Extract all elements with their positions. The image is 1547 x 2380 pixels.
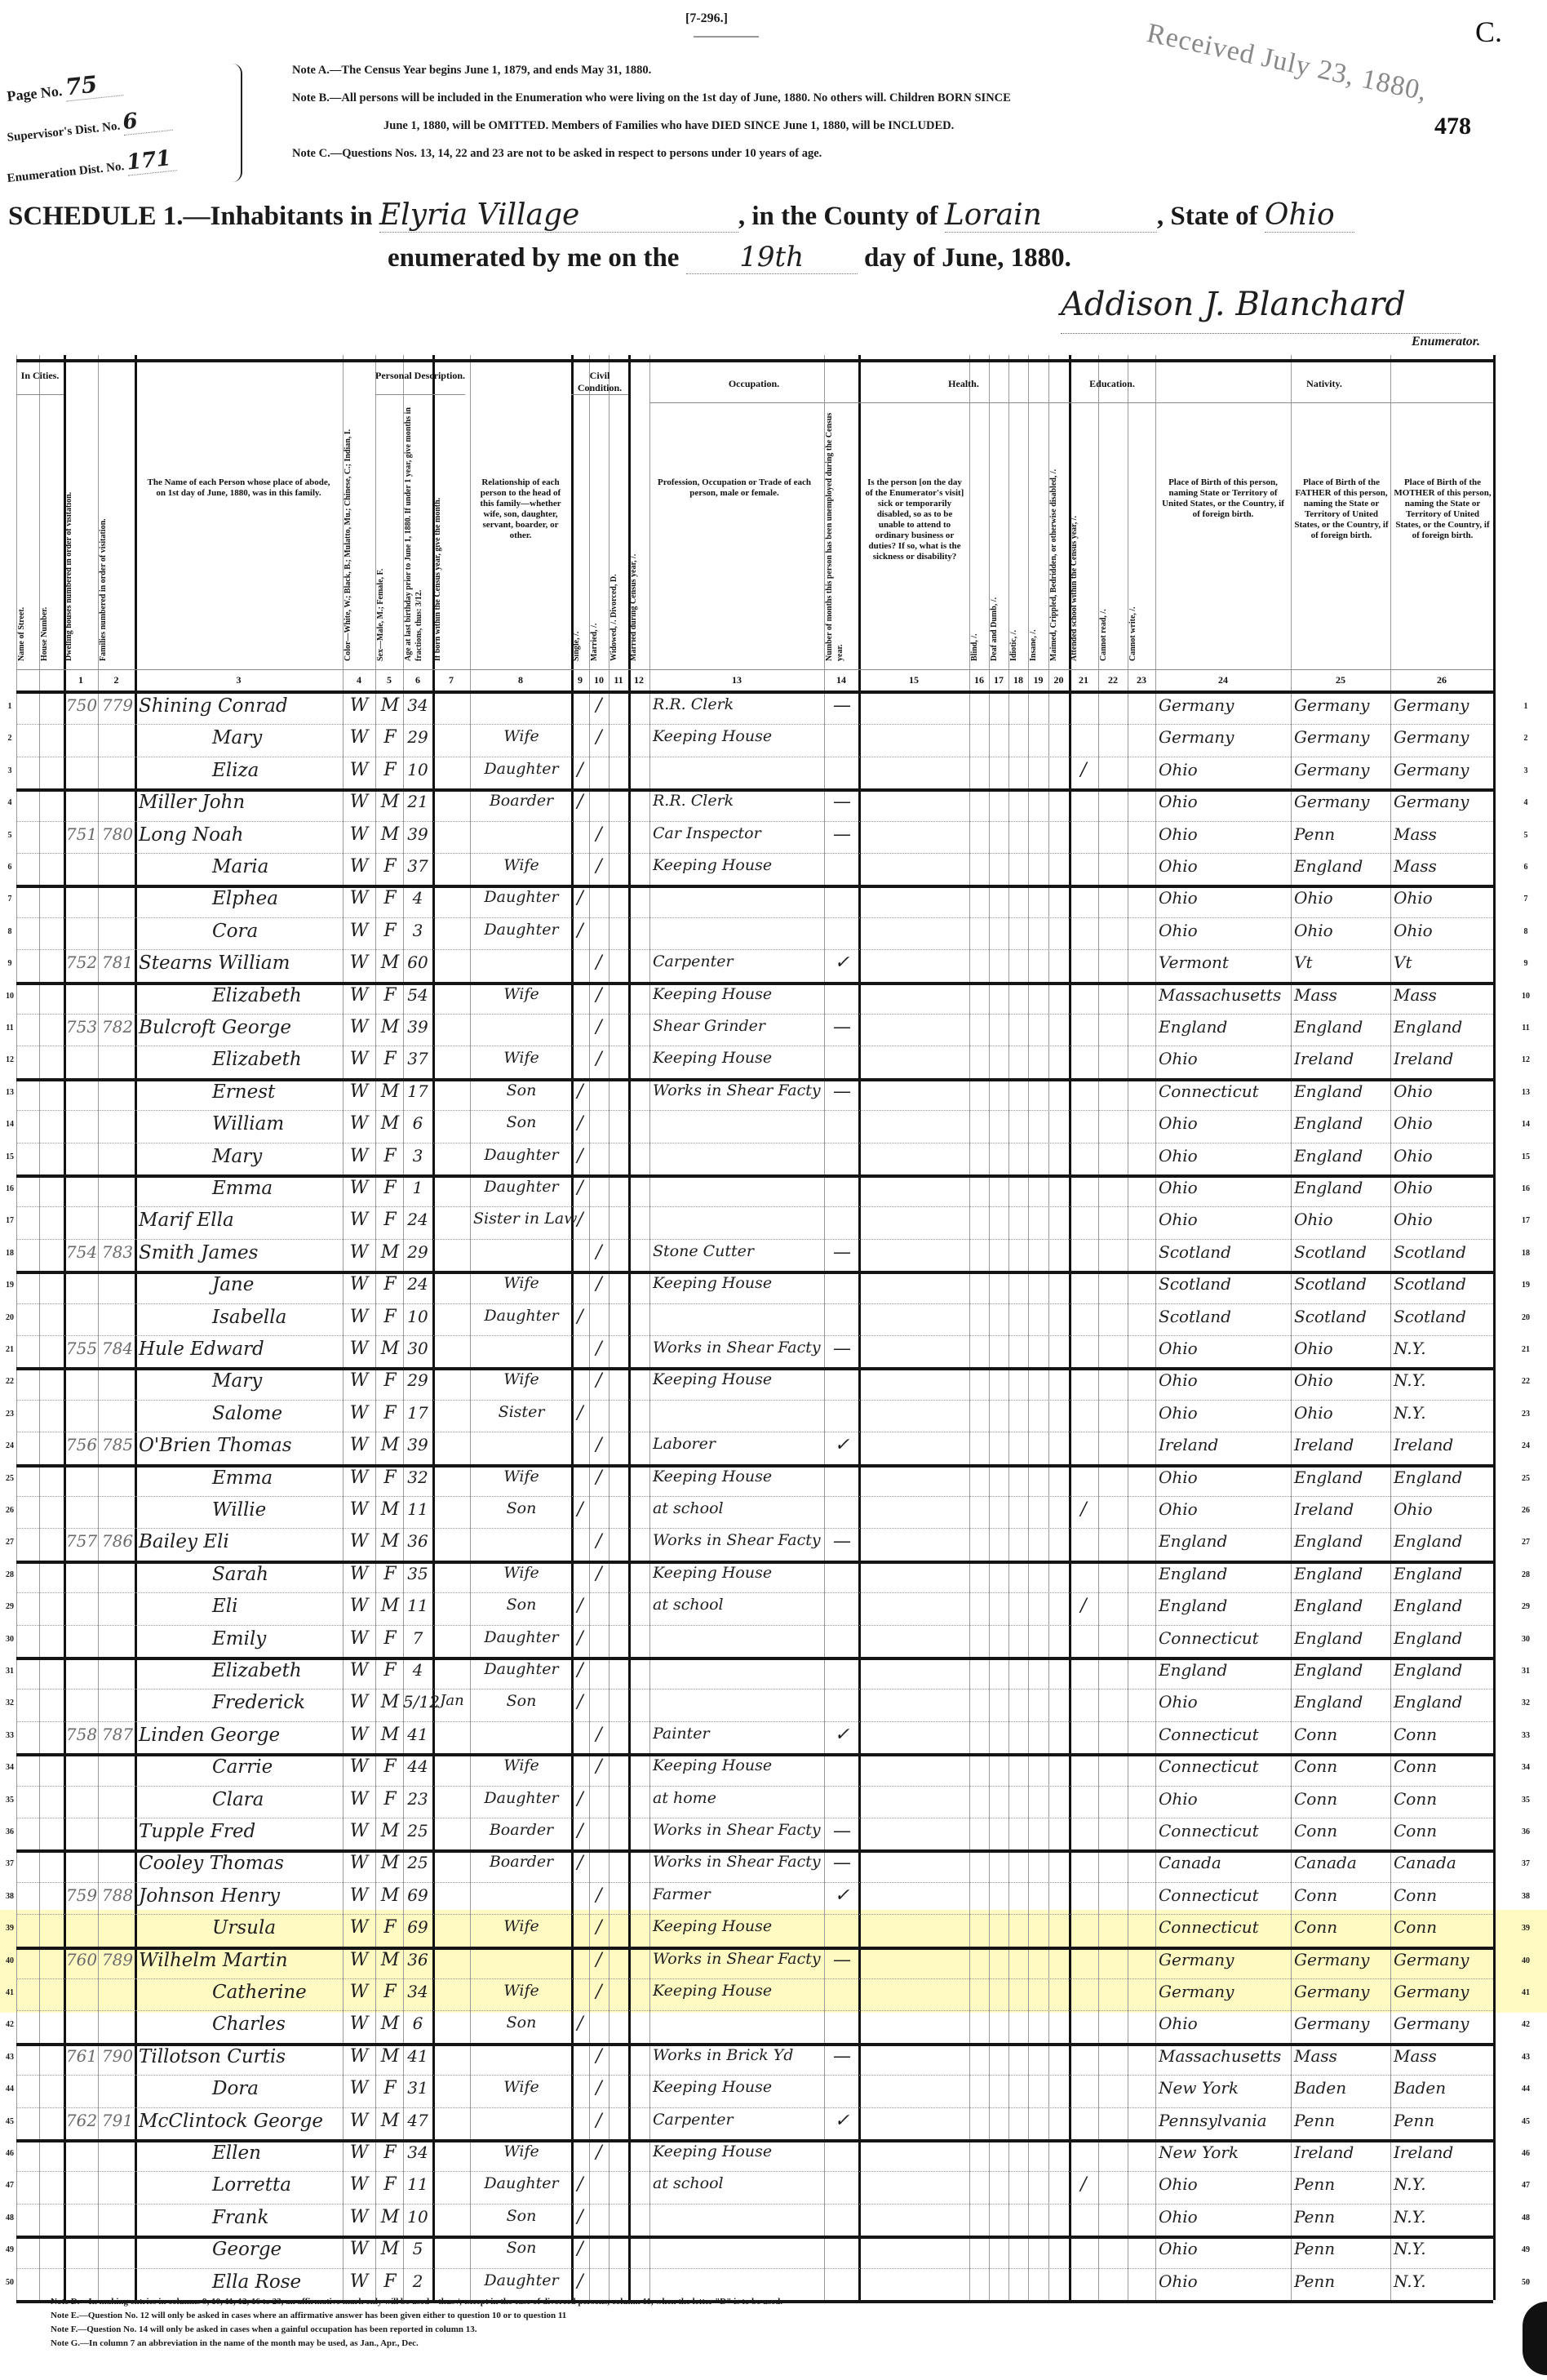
enumerated-suffix: day of June, 1880. (864, 243, 1071, 273)
divider (694, 36, 759, 38)
cell-color: W (344, 1339, 374, 1359)
cell-sex: M (377, 695, 403, 716)
cell-color: W (344, 1307, 374, 1327)
cell-birth: Ohio (1159, 760, 1289, 779)
cell-age: 11 (403, 1499, 432, 1519)
cell-single: / (571, 1146, 589, 1166)
column-divider (1155, 355, 1156, 2300)
cell-color: W (344, 1210, 374, 1230)
cell-dw: 754 (65, 1242, 98, 1262)
column-header-c7: If born within the Census year, give the… (432, 404, 470, 661)
note-g: Note G.—In column 7 an abbreviation in t… (51, 2337, 782, 2351)
cell-mother: Ohio (1394, 1178, 1492, 1197)
column-number: 4 (343, 674, 375, 686)
form-number: [7-296.] (685, 11, 728, 26)
group-rule (649, 402, 858, 403)
group-head-health: Health. (858, 378, 1069, 390)
cell-name: Ernest (212, 1081, 341, 1103)
cell-married: / (589, 1885, 609, 1906)
enumeration-date-line: enumerated by me on the 19th day of June… (388, 241, 1071, 274)
cell-age: 41 (403, 1725, 432, 1744)
cell-mother: England (1394, 1564, 1492, 1583)
row-rule (16, 1882, 1493, 1883)
cell-birth: Ohio (1159, 1113, 1289, 1133)
cell-mother: Ohio (1394, 1146, 1492, 1166)
cell-color: W (344, 1403, 374, 1423)
cell-color: W (344, 1885, 374, 1906)
brace (233, 64, 242, 182)
cell-name: Maria (212, 856, 341, 877)
cell-single: / (571, 921, 589, 941)
cell-single: / (571, 1821, 589, 1841)
cell-fam: 791 (100, 2111, 135, 2130)
cell-married: / (589, 1917, 609, 1938)
cell-father: Penn (1294, 2207, 1390, 2227)
cell-father: Conn (1294, 1917, 1390, 1937)
cell-birth: Ohio (1159, 1403, 1289, 1423)
cell-father: Mass (1294, 2046, 1390, 2066)
cell-sex: M (377, 1821, 403, 1841)
cell-sex: F (377, 2078, 403, 2098)
cell-married: / (589, 2111, 609, 2131)
cell-mother: Vt (1394, 952, 1492, 972)
group-head-education: Education. (1069, 378, 1155, 390)
cell-married: / (589, 727, 609, 748)
column-header-c10: Married, /. (589, 404, 609, 661)
column-number: 22 (1098, 674, 1128, 686)
column-header-c3: The Name of each Person whose place of a… (143, 477, 335, 499)
cell-mother: Germany (1394, 760, 1492, 779)
cell-color: W (344, 1950, 374, 1970)
cell-occ: Shear Grinder (653, 1017, 822, 1035)
cell-married: / (589, 1468, 609, 1488)
cell-mother: Canada (1394, 1853, 1492, 1872)
cell-single: / (571, 2014, 589, 2034)
column-header-c14: Number of months this person has been un… (824, 404, 858, 661)
cell-father: Penn (1294, 2271, 1390, 2291)
row-number-left: 4 (2, 798, 18, 807)
cell-color: W (344, 1692, 374, 1712)
cell-name: Elphea (212, 888, 341, 909)
cell-unemp: — (826, 1017, 858, 1037)
cell-single: / (571, 1113, 589, 1134)
cell-single: / (571, 1660, 589, 1681)
cell-mother: Germany (1394, 792, 1492, 811)
cell-mother: N.Y. (1394, 2207, 1492, 2227)
cell-father: Penn (1294, 2239, 1390, 2258)
cell-mother: Conn (1394, 1917, 1492, 1937)
cell-name: Long Noah (139, 824, 341, 846)
cell-rel: Daughter (473, 1660, 570, 1678)
cell-father: England (1294, 1531, 1390, 1551)
row-rule (16, 2075, 1493, 2076)
cell-mother: Mass (1394, 824, 1492, 844)
cell-occ: Keeping House (653, 1370, 822, 1388)
cell-sex: M (377, 1853, 403, 1873)
cell-unemp: — (826, 1950, 858, 1970)
row-number-left: 13 (2, 1088, 18, 1097)
cell-name: Tupple Fred (139, 1821, 341, 1842)
row-number-right: 2 (1518, 734, 1534, 743)
cell-father: England (1294, 1468, 1390, 1487)
column-number: 24 (1155, 674, 1291, 686)
row-rule (16, 1303, 1493, 1304)
row-number-left: 41 (2, 1988, 18, 1997)
census-table: In Cities.Personal Description.Civil Con… (0, 355, 1547, 2289)
cell-father: England (1294, 1081, 1390, 1101)
row-number-left: 21 (2, 1345, 18, 1354)
cell-color: W (344, 1628, 374, 1649)
group-rule (1155, 402, 1493, 403)
cell-occ: Stone Cutter (653, 1242, 822, 1260)
cell-age: 25 (403, 1853, 432, 1872)
cell-rel: Wife (473, 2078, 570, 2096)
row-number-left: 48 (2, 2213, 18, 2222)
row-number-right: 20 (1518, 1313, 1534, 1322)
cell-sex: M (377, 1435, 403, 1455)
cell-birth: Connecticut (1159, 1885, 1289, 1905)
row-rule (16, 2268, 1493, 2269)
cell-father: England (1294, 1564, 1390, 1583)
row-number-left: 5 (2, 831, 18, 840)
cell-birth: Vermont (1159, 952, 1289, 972)
cell-father: Germany (1294, 695, 1390, 715)
column-header-c21: Attended school within the Census year, … (1069, 404, 1098, 661)
cell-mother: England (1394, 1692, 1492, 1712)
signature-line (1061, 333, 1461, 334)
row-number-left: 31 (2, 1667, 18, 1676)
cell-occ: Painter (653, 1725, 822, 1743)
row-number-left: 15 (2, 1152, 18, 1161)
cell-birth: Ohio (1159, 1049, 1289, 1068)
cell-occ: Keeping House (653, 1982, 822, 2000)
county-label: , in the County of (738, 202, 938, 231)
cell-birth: England (1159, 1531, 1289, 1551)
cell-birth: Ohio (1159, 1692, 1289, 1712)
column-number: 3 (135, 674, 343, 686)
row-number-right: 9 (1518, 959, 1534, 968)
column-header-c19: Insane, /. (1028, 404, 1048, 661)
row-rule (16, 2010, 1493, 2011)
cell-occ: Keeping House (653, 985, 822, 1003)
cell-occ: at school (653, 1499, 822, 1517)
cell-rel: Wife (473, 985, 570, 1003)
column-header-c9: Single, /. (571, 404, 589, 661)
cell-sex: M (377, 1531, 403, 1552)
cell-rel: Daughter (473, 921, 570, 939)
cell-age: 17 (403, 1403, 432, 1423)
cell-sex: F (377, 727, 403, 748)
cell-name: Elizabeth (212, 1660, 341, 1681)
cell-sex: M (377, 824, 403, 845)
corner-letter: C. (1475, 15, 1502, 49)
cell-age: 3 (403, 1146, 432, 1166)
cell-rel: Son (473, 1081, 570, 1099)
cell-dw: 759 (65, 1885, 98, 1905)
column-number: 5 (375, 674, 403, 686)
cell-dw: 751 (65, 824, 98, 844)
column-number: 14 (824, 674, 858, 686)
cell-father: Ireland (1294, 1049, 1390, 1068)
cell-age: 41 (403, 2046, 432, 2066)
cell-age: 11 (403, 1596, 432, 1615)
cell-married: / (589, 1017, 609, 1037)
row-number-left: 12 (2, 1055, 18, 1064)
column-number: 20 (1048, 674, 1069, 686)
cell-unemp: — (826, 824, 858, 845)
cell-age: 37 (403, 856, 432, 876)
cell-father: Germany (1294, 1950, 1390, 1969)
cell-color: W (344, 792, 374, 812)
cell-birth: Germany (1159, 1950, 1289, 1969)
cell-rel: Wife (473, 2142, 570, 2160)
cell-age: 2 (403, 2271, 432, 2291)
cell-father: Ohio (1294, 1370, 1390, 1390)
cell-birth: Ohio (1159, 824, 1289, 844)
cell-age: 21 (403, 792, 432, 811)
cell-rel: Daughter (473, 1789, 570, 1807)
cell-mother: Conn (1394, 1821, 1492, 1841)
column-number: 10 (589, 674, 609, 686)
cell-name: Jane (212, 1274, 341, 1295)
cell-rel: Wife (473, 1370, 570, 1388)
row-rule (16, 1206, 1493, 1207)
cell-father: England (1294, 1596, 1390, 1615)
cell-name: Hule Edward (139, 1339, 341, 1360)
cell-color: W (344, 1499, 374, 1520)
row-rule (16, 724, 1493, 725)
column-divider (649, 355, 650, 2300)
cell-name: Johnson Henry (139, 1885, 341, 1907)
cell-rel: Sister (473, 1403, 570, 1421)
column-header-c23: Cannot write, /. (1128, 404, 1155, 661)
cell-sex: F (377, 1756, 403, 1777)
cell-mother: Germany (1394, 1982, 1492, 2001)
row-number-right: 43 (1518, 2053, 1534, 2062)
column-header-c25: Place of Birth of the FATHER of this per… (1294, 477, 1389, 541)
cell-birth: Ohio (1159, 921, 1289, 940)
row-number-right: 41 (1518, 1988, 1534, 1997)
cell-married: / (589, 2078, 609, 2098)
row-rule (16, 1432, 1493, 1432)
cell-occ: at school (653, 1596, 822, 1614)
cell-birth: New York (1159, 2142, 1289, 2162)
cell-father: England (1294, 1113, 1390, 1133)
cell-sex: M (377, 1113, 403, 1134)
cell-mother: England (1394, 1660, 1492, 1680)
column-header-c13: Profession, Occupation or Trade of each … (653, 477, 816, 499)
cell-birth: Canada (1159, 1853, 1289, 1872)
cell-rel: Daughter (473, 2271, 570, 2289)
cell-mother: Conn (1394, 1789, 1492, 1809)
cell-married: / (589, 1274, 609, 1294)
cell-age: 3 (403, 921, 432, 940)
row-number-left: 27 (2, 1538, 18, 1547)
cell-father: Scotland (1294, 1274, 1390, 1294)
cell-color: W (344, 1725, 374, 1745)
enumeration-dist-label: Enumeration Dist. No. (7, 160, 125, 185)
column-header-c18: Idiotic, /. (1008, 404, 1028, 661)
cell-name: Wilhelm Martin (139, 1950, 341, 1971)
cell-color: W (344, 2046, 374, 2067)
cell-birth: Ohio (1159, 1146, 1289, 1166)
cell-married: / (589, 2046, 609, 2067)
cell-birth: New York (1159, 2078, 1289, 2098)
cell-father: Conn (1294, 1821, 1390, 1841)
column-number: 9 (571, 674, 589, 686)
cell-occ: Keeping House (653, 2078, 822, 2096)
cell-mother: Germany (1394, 1950, 1492, 1969)
cell-name: Bailey Eli (139, 1531, 341, 1552)
cell-birth: Ireland (1159, 1435, 1289, 1454)
cell-age: 5/12 (403, 1692, 432, 1712)
cell-father: Ireland (1294, 1435, 1390, 1454)
cell-name: Willie (212, 1499, 341, 1521)
cell-birth: Scotland (1159, 1307, 1289, 1326)
cell-age: 30 (403, 1339, 432, 1358)
cell-father: Conn (1294, 1789, 1390, 1809)
row-number-left: 49 (2, 2245, 18, 2254)
cell-rel: Daughter (473, 2174, 570, 2192)
cell-age: 17 (403, 1081, 432, 1101)
cell-single: / (571, 1178, 589, 1198)
cell-birth: Ohio (1159, 856, 1289, 876)
cell-age: 60 (403, 952, 432, 972)
cell-sex: M (377, 792, 403, 812)
cell-father: Ireland (1294, 2142, 1390, 2162)
cell-mother: Mass (1394, 2046, 1492, 2066)
row-number-left: 43 (2, 2053, 18, 2062)
cell-occ: at school (653, 2174, 822, 2192)
column-divider (1390, 355, 1391, 2300)
cell-mother: England (1394, 1017, 1492, 1037)
cell-age: 39 (403, 1017, 432, 1037)
cell-birth: Ohio (1159, 2271, 1289, 2291)
cell-occ: Works in Shear Facty (653, 1339, 822, 1357)
row-number-right: 14 (1518, 1120, 1534, 1129)
cell-rel: Sister in Law (473, 1210, 570, 1228)
column-number: 6 (403, 674, 432, 686)
cell-name: Bulcroft George (139, 1017, 341, 1038)
cell-color: W (344, 1146, 374, 1166)
cell-unemp: — (826, 792, 858, 812)
cell-father: Scotland (1294, 1307, 1390, 1326)
cell-sex: F (377, 985, 403, 1006)
group-head-occupation: Occupation. (649, 378, 858, 390)
cell-dw: 762 (65, 2111, 98, 2130)
cell-age: 35 (403, 1564, 432, 1583)
cell-mother: N.Y. (1394, 2271, 1492, 2291)
cell-rel: Son (473, 2207, 570, 2225)
cell-sex: F (377, 760, 403, 780)
cell-rel: Wife (473, 856, 570, 874)
group-rule (571, 394, 628, 395)
row-number-right: 28 (1518, 1570, 1534, 1579)
cell-father: Germany (1294, 792, 1390, 811)
cell-rel: Wife (473, 1982, 570, 2000)
row-rule (16, 1496, 1493, 1497)
row-rule (16, 1818, 1493, 1818)
cell-mother: Conn (1394, 1725, 1492, 1744)
cell-sex: F (377, 1307, 403, 1327)
cell-birth: Massachusetts (1159, 985, 1289, 1005)
schedule-prefix: SCHEDULE 1.—Inhabitants in (8, 202, 373, 231)
column-number: 26 (1390, 674, 1493, 686)
cell-fam: 780 (100, 824, 135, 844)
cell-rel: Daughter (473, 760, 570, 778)
cell-name: Clara (212, 1789, 341, 1810)
cell-age: 10 (403, 2207, 432, 2227)
cell-color: W (344, 2142, 374, 2163)
cell-name: Emma (212, 1468, 341, 1489)
row-number-left: 7 (2, 895, 18, 904)
cell-color: W (344, 2111, 374, 2131)
cell-school: / (1069, 760, 1098, 780)
cell-birth: England (1159, 1596, 1289, 1615)
cell-color: W (344, 695, 374, 716)
row-number-right: 21 (1518, 1345, 1534, 1354)
row-number-right: 32 (1518, 1698, 1534, 1707)
cell-age: 25 (403, 1821, 432, 1841)
row-number-right: 42 (1518, 2020, 1534, 2029)
cell-age: 10 (403, 760, 432, 779)
cell-fam: 782 (100, 1017, 135, 1037)
cell-color: W (344, 1982, 374, 2002)
cell-rel: Son (473, 2014, 570, 2031)
cell-sex: M (377, 2046, 403, 2067)
cell-age: 4 (403, 1660, 432, 1680)
cell-name: Marif Ella (139, 1210, 341, 1231)
row-number-right: 1 (1518, 702, 1534, 711)
state-label: , State of (1157, 202, 1258, 231)
row-rule (16, 2171, 1493, 2172)
cell-single: / (571, 1499, 589, 1520)
county-value: Lorain (945, 198, 1157, 233)
cell-unemp: — (826, 1242, 858, 1263)
cell-name: Isabella (212, 1307, 341, 1328)
cell-unemp: — (826, 695, 858, 716)
cell-color: W (344, 2174, 374, 2195)
cell-married: / (589, 2142, 609, 2163)
cell-mother: Scotland (1394, 1274, 1492, 1294)
cell-birth: Connecticut (1159, 1756, 1289, 1776)
row-number-right: 17 (1518, 1216, 1534, 1225)
cell-color: W (344, 1531, 374, 1552)
row-number-right: 26 (1518, 1506, 1534, 1515)
schedule-title: SCHEDULE 1.—Inhabitants in Elyria Villag… (8, 198, 1354, 233)
cell-color: W (344, 1178, 374, 1198)
cell-sex: M (377, 952, 403, 973)
cell-name: Emma (212, 1178, 341, 1199)
cell-age: 24 (403, 1210, 432, 1229)
cell-color: W (344, 1917, 374, 1938)
state-value: Ohio (1265, 198, 1354, 233)
row-number-right: 4 (1518, 798, 1534, 807)
row-number-left: 46 (2, 2149, 18, 2158)
row-number-right: 3 (1518, 766, 1534, 775)
column-header-street: Name of Street. (16, 404, 39, 661)
row-number-left: 25 (2, 1474, 18, 1483)
cell-name: Mary (212, 727, 341, 748)
row-number-right: 29 (1518, 1602, 1534, 1611)
cell-name: Shining Conrad (139, 695, 341, 717)
cell-name: Dora (212, 2078, 341, 2099)
cell-dw: 752 (65, 952, 98, 972)
row-number-right: 27 (1518, 1538, 1534, 1547)
cell-name: Ellen (212, 2142, 341, 2164)
cell-sex: F (377, 1789, 403, 1809)
cell-name: Frederick (212, 1692, 341, 1713)
